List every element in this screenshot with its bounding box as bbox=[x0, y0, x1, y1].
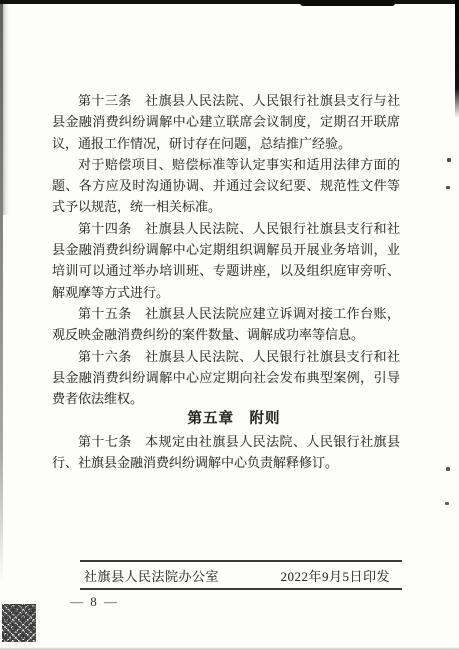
scan-speck bbox=[445, 502, 449, 505]
document-line: 行、社旗县金融消费纠纷调解中心负责解释修订。 bbox=[52, 452, 400, 473]
scanned-document-page: 第十三条 社旗县人民法院、人民银行社旗县支行与社旗县金融消费纠纷调解中心建立联席… bbox=[0, 0, 459, 650]
footer-rule-bottom bbox=[80, 588, 402, 590]
scan-edge-right bbox=[455, 0, 459, 118]
document-line: 第十三条 社旗县人民法院、人民银行社旗县支行与社旗 bbox=[52, 90, 400, 111]
footer-rule-top bbox=[80, 560, 402, 562]
document-line: 县金融消费纠纷调解中心应定期向社会发布典型案例，引导消 bbox=[52, 367, 400, 388]
document-line: 费者依法维权。 bbox=[52, 388, 400, 409]
scan-speck bbox=[446, 467, 450, 471]
document-line: 第十四条 社旗县人民法院、人民银行社旗县支行和社旗 bbox=[52, 218, 400, 239]
document-line: 观反映金融消费纠纷的案件数量、调解成功率等信息。 bbox=[52, 324, 400, 345]
scan-edge-top-blob bbox=[300, 0, 395, 6]
document-line: 第十七条 本规定由社旗县人民法院、人民银行社旗县支 bbox=[52, 431, 400, 452]
document-line: 解观摩等方式进行。 bbox=[52, 282, 400, 303]
document-line: 式予以规范，统一相关标准。 bbox=[52, 196, 400, 217]
document-line: 第十六条 社旗县人民法院、人民银行社旗县支行和社旗 bbox=[52, 346, 400, 367]
document-line: 议，通报工作情况，研讨存在问题，总结推广经验。 bbox=[52, 133, 400, 154]
page-number: — 8 — bbox=[70, 594, 119, 610]
scan-noise-blob bbox=[2, 604, 36, 642]
scan-edge-left-line bbox=[0, 0, 3, 600]
document-line: 对于赔偿项目、赔偿标准等认定事实和适用法律方面的问 bbox=[52, 154, 400, 175]
document-line: 第十五条 社旗县人民法院应建立诉调对接工作台账，客 bbox=[52, 303, 400, 324]
chapter-heading: 第五章 附则 bbox=[60, 409, 408, 430]
footer-print-date: 2022年9月5日印发 bbox=[280, 566, 390, 585]
document-line: 培训可以通过举办培训班、专题讲座，以及组织庭审旁听、调 bbox=[52, 260, 400, 281]
scan-speck bbox=[446, 186, 450, 189]
footer-office-name: 社旗县人民法院办公室 bbox=[84, 566, 219, 585]
document-line: 县金融消费纠纷调解中心定期组织调解员开展业务培训，业务 bbox=[52, 239, 400, 260]
footer-row: 社旗县人民法院办公室 2022年9月5日印发 bbox=[80, 564, 402, 586]
scan-speck bbox=[447, 158, 451, 162]
document-body: 第十三条 社旗县人民法院、人民银行社旗县支行与社旗县金融消费纠纷调解中心建立联席… bbox=[52, 90, 400, 473]
document-line: 题、各方应及时沟通协调、并通过会议纪要、规范性文件等方 bbox=[52, 175, 400, 196]
document-line: 县金融消费纠纷调解中心建立联席会议制度，定期召开联席会 bbox=[52, 111, 400, 132]
